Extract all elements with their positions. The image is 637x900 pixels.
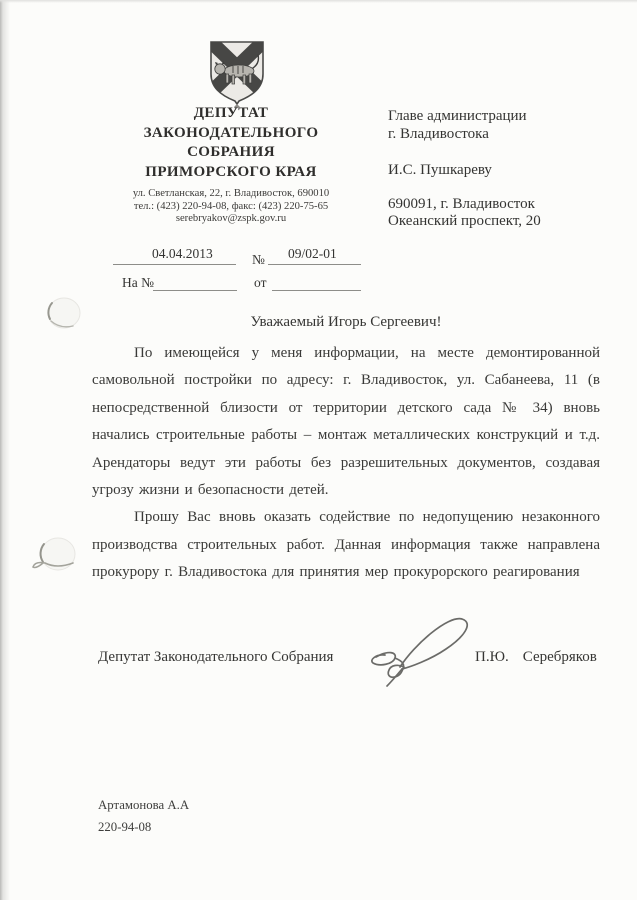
scanned-letter-page: ДЕПУТАТ ЗАКОНОДАТЕЛЬНОГО СОБРАНИЯ ПРИМОР… — [0, 0, 637, 900]
letter-body: Уважаемый Игорь Сергеевич! По имеющейся … — [92, 314, 600, 587]
letterhead-title-line: ПРИМОРСКОГО КРАЯ — [95, 163, 367, 183]
blank-line — [272, 290, 361, 291]
letter-number: 09/02-01 — [288, 246, 337, 262]
number-sign-label: № — [252, 252, 265, 268]
hole-punch-mark — [30, 532, 82, 584]
blank-line — [113, 264, 236, 265]
coat-of-arms-icon — [205, 38, 269, 108]
reply-to-label: На № — [122, 275, 154, 291]
from-label: от — [254, 275, 266, 291]
letterhead-title-line: ЗАКОНОДАТЕЛЬНОГО — [95, 124, 367, 144]
letterhead: ДЕПУТАТ ЗАКОНОДАТЕЛЬНОГО СОБРАНИЯ ПРИМОР… — [95, 104, 367, 226]
letterhead-phone-fax: тел.: (423) 220-94-08, факс: (423) 220-7… — [95, 201, 367, 214]
blank-line — [153, 290, 237, 291]
recipient-line: г. Владивостока — [388, 126, 618, 144]
signer-initials: П.Ю. — [475, 649, 509, 665]
letterhead-address: ул. Светланская, 22, г. Владивосток, 690… — [95, 188, 367, 201]
letterhead-email: serebryakov@zspk.gov.ru — [95, 213, 367, 226]
signer-surname: Серебряков — [523, 649, 597, 665]
handwritten-signature-icon — [352, 603, 478, 698]
recipient-line: Главе администрации — [388, 108, 618, 126]
body-paragraph-2: Прошу Вас вновь оказать содействие по не… — [92, 504, 600, 586]
letterhead-title-line: ДЕПУТАТ — [95, 104, 367, 124]
executor-block: Артамонова А.А 220-94-08 — [98, 794, 189, 838]
letterhead-title-line: СОБРАНИЯ — [95, 143, 367, 163]
hole-punch-mark — [42, 293, 86, 337]
salutation: Уважаемый Игорь Сергеевич! — [92, 314, 600, 331]
signer-name: П.Ю.Серебряков — [475, 649, 597, 666]
recipient-postal: Океанский проспект, 20 — [388, 213, 618, 231]
blank-line — [268, 264, 361, 265]
recipient-block: Главе администрации г. Владивостока И.С.… — [388, 108, 618, 231]
letter-date: 04.04.2013 — [152, 246, 213, 262]
executor-name: Артамонова А.А — [98, 794, 189, 816]
recipient-postal: 690091, г. Владивосток — [388, 196, 618, 214]
signer-position: Депутат Законодательного Собрания — [98, 649, 333, 666]
body-paragraph-1: По имеющейся у меня информации, на месте… — [92, 340, 600, 504]
executor-phone: 220-94-08 — [98, 816, 189, 838]
recipient-name: И.С. Пушкареву — [388, 162, 618, 180]
